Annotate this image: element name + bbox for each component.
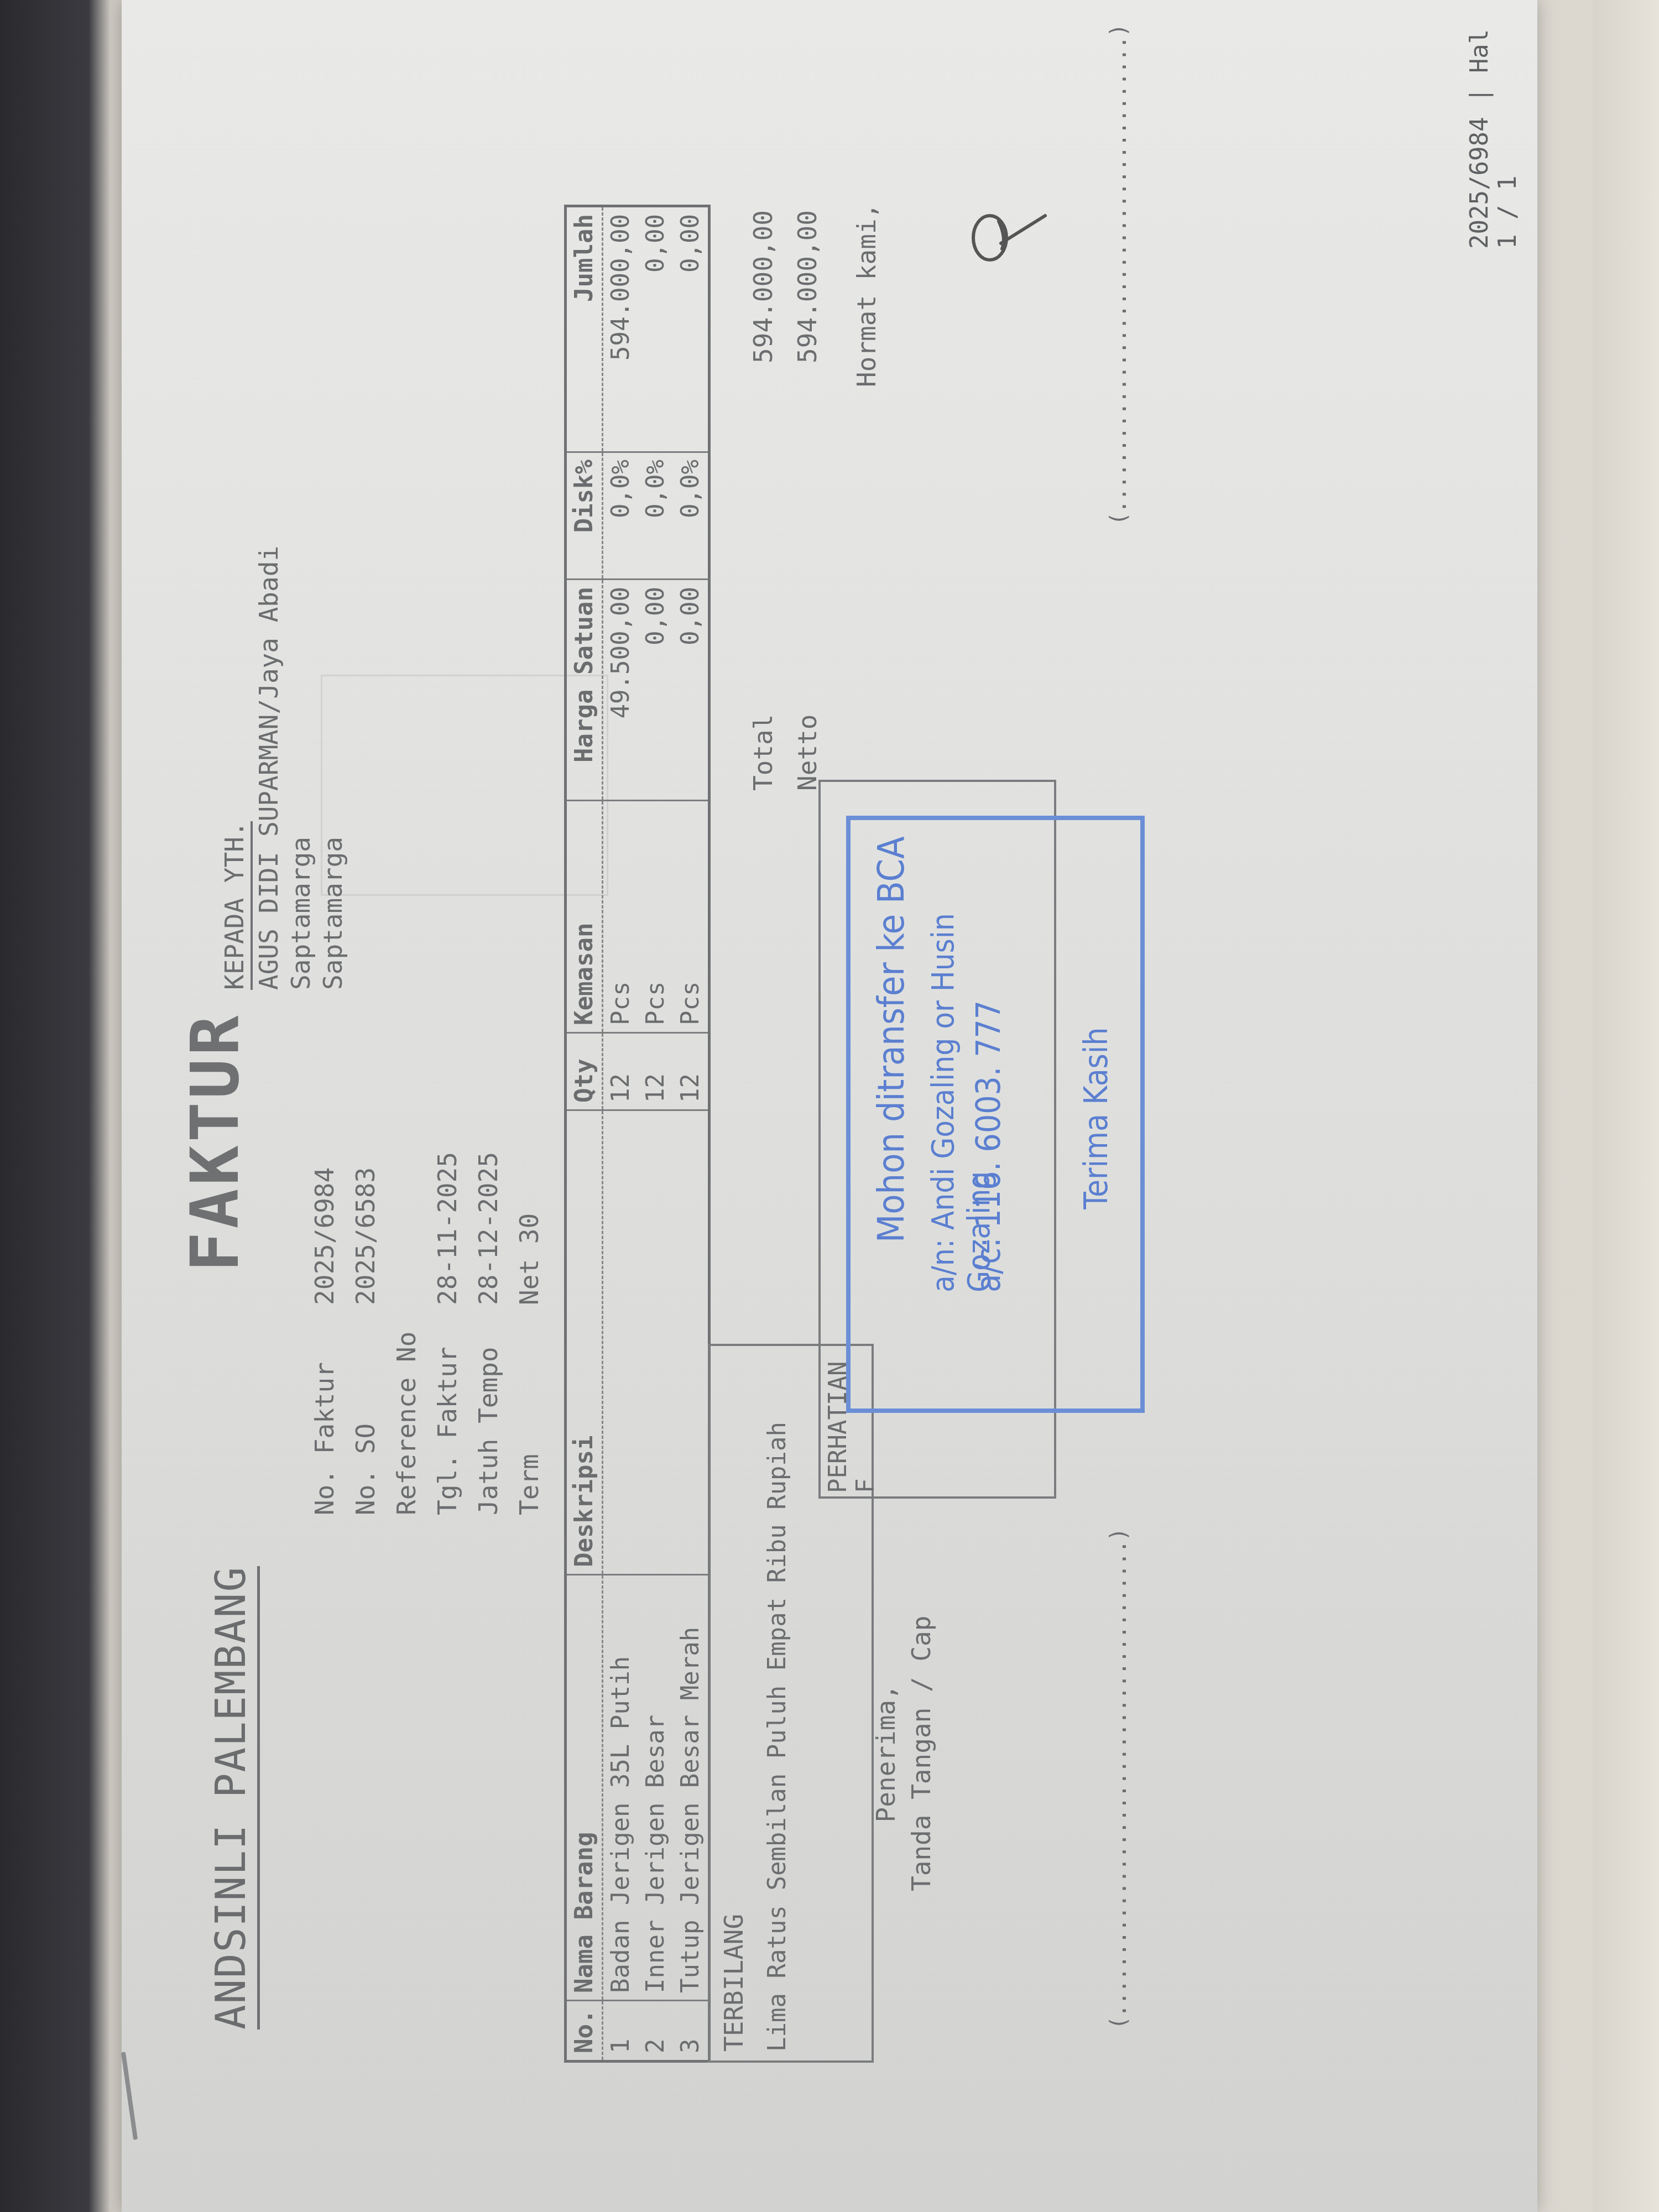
invoice-meta: No. Faktur2025/6984 No. SO2025/6583 Refe… [304,1084,550,1515]
cell-no: 1 [603,2001,639,2062]
cell-harga-satuan: 0,00 [673,580,709,801]
cell-deskripsi [603,1110,639,1575]
meta-row: Tgl. Faktur28-11-2025 [427,1084,468,1515]
cell-no: 3 [673,2001,709,2062]
invoice-document: ANDSINLI PALEMBANG FAKTUR No. Faktur2025… [122,0,1537,2212]
col-kemasan: Kemasan [566,801,603,1033]
page-footer: 2025/6984 | Hal 1 / 1 [1465,0,1522,249]
table-row: 3 Tutup Jerigen Besar Merah 12 Pcs 0,00 … [673,206,709,2062]
meta-row: TermNet 30 [509,1084,550,1515]
meta-value: 2025/6984 [304,1084,345,1305]
meta-label: No. SO [345,1305,386,1515]
receiver-block: Penerima, Tanda Tangan / Cap [868,1616,939,1892]
meta-label: Reference No [386,1305,427,1515]
cell-qty: 12 [673,1033,709,1110]
cell-jumlah: 0,00 [673,206,709,452]
col-disk: Disk% [566,452,603,580]
col-jumlah: Jumlah [566,206,603,452]
cell-qty: 12 [603,1033,639,1110]
staple [121,2052,138,2140]
col-harga-satuan: Harga Satuan [566,580,603,801]
meta-value: Net 30 [509,1084,550,1305]
meta-value: 28-12-2025 [468,1084,509,1305]
meta-row: Reference No [386,1084,427,1515]
cell-nama-barang: Inner Jerigen Besar [638,1575,673,2001]
cell-jumlah: 594.000,00 [603,206,639,452]
recipient-address-2: Saptamarga [317,546,349,990]
meta-row: No. Faktur2025/6984 [304,1084,345,1515]
cell-nama-barang: Badan Jerigen 35L Putih [603,1575,639,2001]
total-label: Total [741,714,785,791]
terbilang-value: Lima Ratus Sembilan Puluh Empat Ribu Rup… [763,1422,791,2052]
cell-jumlah: 0,00 [638,206,673,452]
stamp-line-4: Terima Kasih [1077,1027,1115,1209]
receiver-signature-line: (.......................................… [1106,1529,1131,2030]
meta-label: No. Faktur [304,1305,345,1515]
netto-value: 594.000,00 [785,210,830,363]
meta-value [386,1084,427,1305]
meta-row: Jatuh Tempo28-12-2025 [468,1084,509,1515]
col-deskripsi: Deskripsi [566,1110,603,1575]
terbilang-label: TERBILANG [719,1914,749,2052]
meta-label: Jatuh Tempo [468,1305,509,1515]
sender-signature-line: (.......................................… [1106,25,1131,525]
cell-nama-barang: Tutup Jerigen Besar Merah [673,1575,709,2001]
invoice-paper: ANDSINLI PALEMBANG FAKTUR No. Faktur2025… [122,0,1537,2212]
recipient-address-1: Saptamarga [285,546,317,990]
col-nama-barang: Nama Barang [566,1575,603,2001]
total-row: Total594.000,00 [741,210,785,791]
meta-value: 28-11-2025 [427,1084,468,1305]
cell-deskripsi [638,1110,673,1575]
cell-deskripsi [673,1110,709,1575]
totals-block: Total594.000,00 Netto594.000,00 [741,210,830,791]
table-row: 1 Badan Jerigen 35L Putih 12 Pcs 49.500,… [603,206,639,2062]
recipient-name: AGUS DIDI SUPARMAN/Jaya Abadi [253,546,285,990]
meta-label: Tgl. Faktur [427,1305,468,1515]
table-row: 2 Inner Jerigen Besar 12 Pcs 0,00 0,0% 0… [638,206,673,2062]
cell-qty: 12 [638,1033,673,1110]
cell-harga-satuan: 0,00 [638,580,673,801]
cell-kemasan: Pcs [673,801,709,1033]
cell-harga-satuan: 49.500,00 [603,580,639,801]
cell-disk: 0,0% [673,452,709,580]
cell-disk: 0,0% [638,452,673,580]
meta-label: Term [509,1305,550,1515]
recipient-block: KEPADA YTH. AGUS DIDI SUPARMAN/Jaya Abad… [218,546,349,990]
desk-background [1593,0,1659,2212]
cell-disk: 0,0% [603,452,639,580]
items-table: No. Nama Barang Deskripsi Qty Kemasan Ha… [564,205,711,2063]
payment-stamp: Mohon ditransfer ke BCA a/n: Andi Gozali… [846,816,1145,1413]
recipient-heading: KEPADA YTH. [218,821,253,990]
sender-label: Hormat kami, [852,204,881,387]
company-name: ANDSINLI PALEMBANG [207,1566,260,2030]
table-header-row: No. Nama Barang Deskripsi Qty Kemasan Ha… [566,206,603,2062]
attention-line: F [852,1479,880,1494]
col-qty: Qty [566,1033,603,1110]
netto-row: Netto594.000,00 [785,210,830,791]
stamp-line-3: a/c: 116. 6003. 777 [969,1000,1008,1292]
meta-value: 2025/6583 [345,1084,386,1305]
cell-no: 2 [638,2001,673,2062]
document-title: FAKTUR [177,1013,254,1272]
cell-kemasan: Pcs [638,801,673,1033]
signature-icon [962,199,1056,276]
total-value: 594.000,00 [741,210,785,363]
stamp-line-1: Mohon ditransfer ke BCA [870,836,912,1243]
receiver-label: Penerima, [868,1616,904,1892]
col-no: No. [566,2001,603,2062]
cell-kemasan: Pcs [603,801,639,1033]
meta-row: No. SO2025/6583 [345,1084,386,1515]
receiver-caption: Tanda Tangan / Cap [904,1616,939,1892]
